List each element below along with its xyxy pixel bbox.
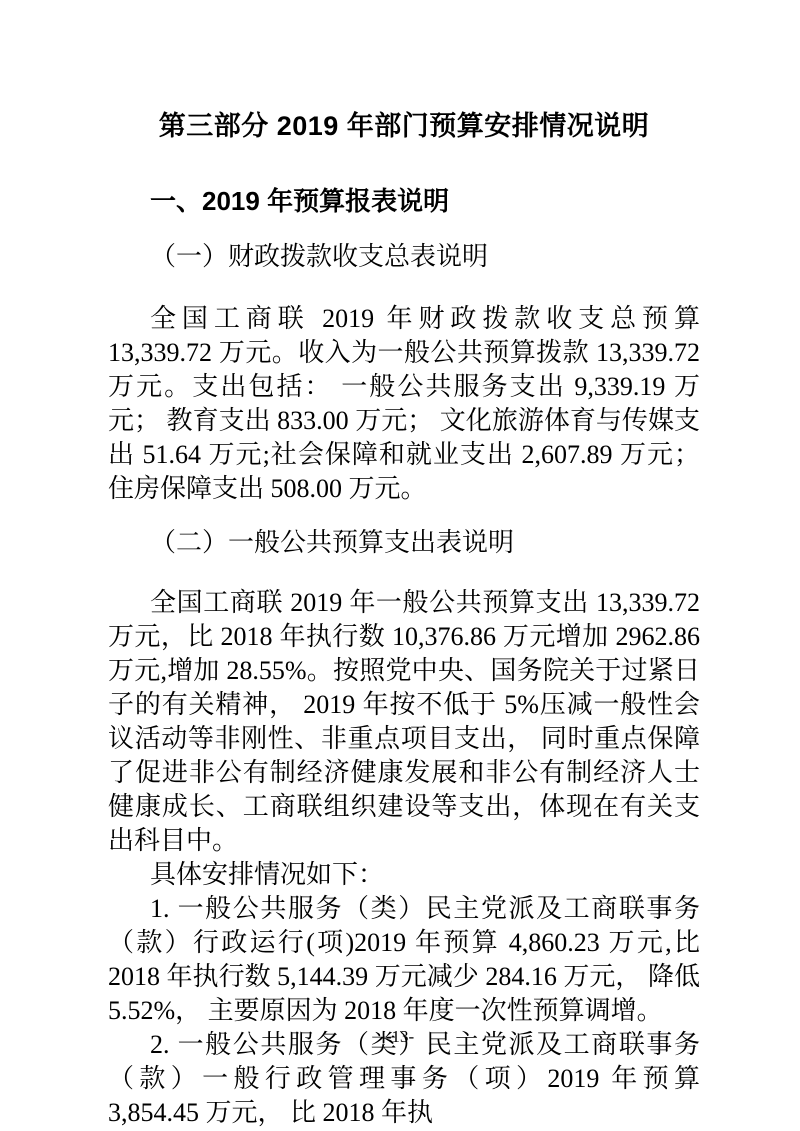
document-content: 第三部分 2019 年部门预算安排情况说明 一、2019 年预算报表说明 （一）… xyxy=(0,108,800,1130)
document-page: 第三部分 2019 年部门预算安排情况说明 一、2019 年预算报表说明 （一）… xyxy=(0,0,800,1131)
subsection-heading-general-public-budget-expenditure: （二）一般公共预算支出表说明 xyxy=(108,526,700,560)
page-number: -13- xyxy=(0,1026,800,1048)
subsection-heading-fiscal-appropriation-summary: （一）财政拨款收支总表说明 xyxy=(108,240,700,274)
paragraph-arrangement-intro: 具体安排情况如下： xyxy=(108,858,700,892)
document-title: 第三部分 2019 年部门预算安排情况说明 xyxy=(108,108,700,144)
paragraph-fiscal-appropriation-detail: 全国工商联 2019 年财政拨款收支总预算 13,339.72 万元。收入为一般… xyxy=(108,302,700,506)
section-heading-budget-report-notes: 一、2019 年预算报表说明 xyxy=(108,184,700,218)
paragraph-item-1-administrative-operation: 1. 一般公共服务（类）民主党派及工商联事务（款）行政运行(项)2019 年预算… xyxy=(108,892,700,1028)
paragraph-general-public-budget-detail: 全国工商联 2019 年一般公共预算支出 13,339.72 万元，比 2018… xyxy=(108,586,700,858)
